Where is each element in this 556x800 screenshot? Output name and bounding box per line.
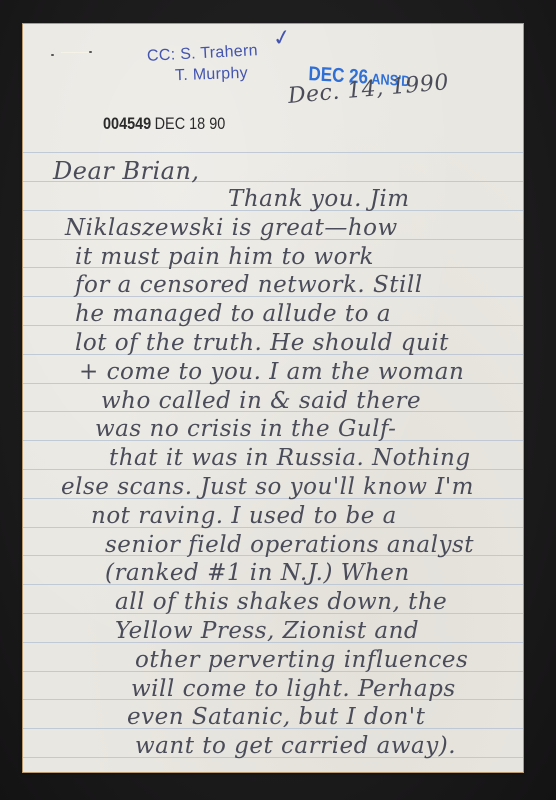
- letter-line: not raving. I used to be a: [91, 505, 397, 528]
- letter-line: will come to light. Perhaps: [131, 678, 456, 701]
- cc-note-line-1: CC: S. Trahern: [147, 42, 259, 66]
- paper-scratch: [61, 52, 91, 53]
- letter-line: all of this shakes down, the: [115, 591, 447, 614]
- received-stamp-date: DEC 18 90: [155, 114, 226, 133]
- letter-paper: CC: S. Trahern T. Murphy ✓ DEC 26ANS'D D…: [23, 24, 523, 772]
- cc-note-line-2: T. Murphy: [175, 65, 249, 86]
- letter-line: even Satanic, but I don't: [127, 706, 425, 729]
- received-stamp: 004549DEC 18 90: [103, 114, 225, 134]
- letter-line: other perverting influences: [135, 649, 468, 672]
- letter-line: it must pain him to work: [75, 246, 374, 269]
- paper-speck: [89, 51, 92, 53]
- salutation: Dear Brian,: [53, 159, 200, 183]
- ruled-line: [23, 152, 523, 153]
- letter-line: for a censored network. Still: [75, 274, 423, 297]
- paper-speck: [51, 54, 54, 56]
- letter-line: Thank you. Jim: [228, 188, 410, 211]
- received-stamp-number: 004549: [103, 114, 151, 133]
- letter-line: + come to you. I am the woman: [79, 361, 464, 384]
- letter-line: was no crisis in the Gulf-: [95, 418, 396, 441]
- letter-line: he managed to allude to a: [75, 303, 391, 326]
- letter-line: (ranked #1 in N.J.) When: [105, 562, 410, 585]
- letter-line: Niklaszewski is great—how: [65, 217, 398, 240]
- letter-line: who called in & said there: [101, 390, 421, 413]
- letter-line: that it was in Russia. Nothing: [109, 447, 471, 470]
- letter-line: senior field operations analyst: [105, 534, 474, 557]
- letter-line: want to get carried away).: [135, 735, 456, 758]
- check-mark-icon: ✓: [271, 27, 293, 52]
- letter-line: else scans. Just so you'll know I'm: [61, 476, 474, 499]
- letter-line: lot of the truth. He should quit: [75, 332, 449, 355]
- letter-line: Yellow Press, Zionist and: [115, 620, 419, 643]
